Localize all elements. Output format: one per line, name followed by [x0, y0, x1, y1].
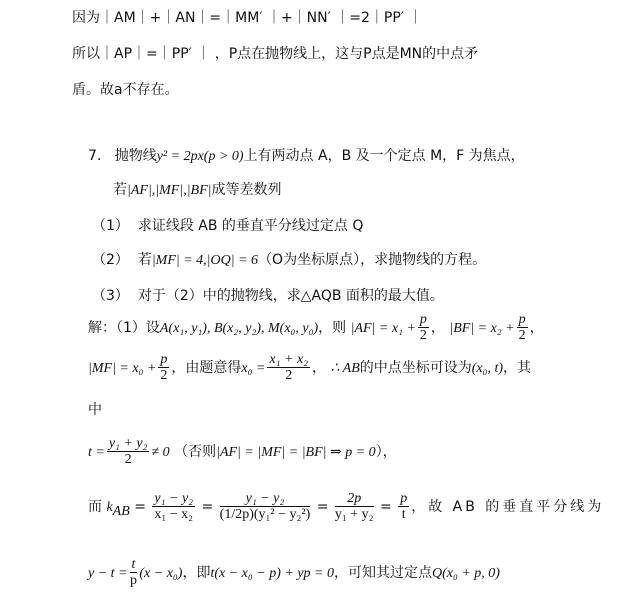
line-equation: t(x − x₀ − p) + yp = 0 [210, 566, 334, 581]
slope-sub: AB [113, 504, 130, 519]
sol-text: ， [312, 360, 326, 376]
question-3: （3） 对于（2）中的抛物线，求△AQB 面积的最大值。 [92, 286, 444, 306]
solution-line-4: t =y₁ + y₂2≠ 0 （否则|AF| = |MF| = |BF| ⇒ p… [88, 436, 397, 469]
bisector-rhs: (x − x₀) [139, 566, 182, 581]
slope-frac-4: pt [398, 492, 409, 522]
slope-frac-1: y₁ − y₂x₁ − x₂ [152, 492, 195, 522]
sol-text: ，故 AB 的垂直平分线为 [411, 499, 604, 515]
t-expr: t = [88, 445, 105, 460]
den: 2 [517, 328, 528, 343]
p-over-2: p2 [158, 353, 169, 383]
den: y₁ + y₂ [335, 507, 374, 522]
q3-text: 对于（2）中的抛物线，求△AQB 面积的最大值。 [138, 288, 444, 304]
den: t [398, 507, 409, 522]
text-line-1: 因为｜AM｜+｜AN｜=｜MM′ ｜+｜NN′ ｜=2｜PP′ ｜ [72, 8, 422, 28]
num: t [130, 558, 138, 573]
sol-text: ，由题意得 [171, 360, 241, 376]
q2-equation: |MF| = 4,|OQ| = 6 [152, 253, 258, 268]
q1-label: （1） [92, 218, 129, 234]
points-def: A(x₁, y₁), B(x₂, y₂), M(x₀, y₀) [160, 321, 318, 336]
cond-equation: |AF|,|MF|,|BF| [127, 183, 212, 198]
question-2: （2） 若|MF| = 4,|OQ| = 6（O为坐标原点），求抛物线的方程。 [92, 250, 486, 271]
x0-expr: x₀ = [241, 361, 265, 376]
therefore-ab: ∴ AB [330, 361, 359, 376]
solution-line-3: 中 [88, 400, 102, 420]
text-line-2: 所以｜AP｜=｜PP′ ｜ ，P点在抛物线上，这与P点是MN的中点矛 [72, 44, 478, 64]
slope-frac-3: 2py₁ + y₂ [335, 492, 374, 522]
den: (1/2p)(y₁² − y₂²) [220, 507, 311, 522]
num: y₁ + y₂ [107, 437, 150, 452]
p-over-2: p2 [517, 313, 528, 343]
sol-text: 解：（1）设 [88, 320, 160, 336]
fixed-point-q: Q(x₀ + p, 0) [432, 566, 500, 581]
sol-text: 而 [88, 499, 102, 515]
ne-zero: ≠ 0 [151, 445, 169, 460]
mf-expr: |MF| = x₀ + [88, 361, 156, 376]
sol-text: 的中点坐标可设为 [360, 360, 472, 376]
sol-text: ， [530, 320, 544, 336]
sol-text: ，其 [503, 360, 531, 376]
den: x₁ − x₂ [152, 507, 195, 522]
q3-label: （3） [92, 288, 129, 304]
den: 2 [158, 368, 169, 383]
af-expr: |AF| = x₁ + [351, 321, 416, 336]
solution-line-2: |MF| = x₀ +p2，由题意得x₀ =x₁ + x₂2， ∴ AB的中点坐… [88, 352, 531, 385]
sol-text: ，可知其过定点 [334, 565, 432, 581]
sol-text: （否则 [174, 444, 216, 460]
cond-text: 若 [113, 182, 127, 198]
num: 2p [335, 492, 374, 507]
stem-text-2: 上有两动点 A，B 及一个定点 M，F 为焦点， [244, 148, 525, 164]
q2-text-2: （O为坐标原点），求抛物线的方程。 [258, 252, 486, 268]
stem-text: 抛物线 [115, 148, 157, 164]
solution-line-5: 而 kAB = y₁ − y₂x₁ − x₂ = y₁ − y₂(1/2p)(y… [88, 487, 604, 532]
contradiction-eq: |AF| = |MF| = |BF| ⇒ p = 0 [216, 445, 376, 460]
solution-line-1: 解：（1）设A(x₁, y₁), B(x₂, y₂), M(x₀, y₀)，则 … [88, 312, 544, 345]
q2-label: （2） [92, 252, 129, 268]
den: p [130, 573, 138, 588]
slope-frac-2: y₁ − y₂(1/2p)(y₁² − y₂²) [220, 492, 311, 522]
bisector-lhs: y − t = [88, 566, 128, 581]
sol-text: ）， [376, 444, 397, 460]
t-over-p: tp [130, 558, 138, 588]
midpoint: (x₀, t) [472, 361, 503, 376]
q2-text: 若 [138, 252, 152, 268]
problem-number: 7. [88, 148, 101, 164]
p-over-2: p2 [418, 313, 429, 343]
num: x₁ + x₂ [267, 353, 310, 368]
problem-7-stem: 7. 抛物线y² = 2px(p > 0)上有两动点 A，B 及一个定点 M，F… [88, 146, 525, 167]
num: p [158, 353, 169, 368]
t-fraction: y₁ + y₂2 [107, 437, 150, 467]
den: 2 [418, 328, 429, 343]
den: 2 [107, 452, 150, 467]
sol-text: ，即 [182, 565, 210, 581]
parabola-equation: y² = 2px(p > 0) [157, 149, 244, 164]
q1-text: 求证线段 AB 的垂直平分线过定点 Q [138, 218, 364, 234]
question-1: （1） 求证线段 AB 的垂直平分线过定点 Q [92, 216, 363, 236]
cond-text-2: 成等差数列 [212, 182, 282, 198]
den: 2 [267, 368, 310, 383]
num: y₁ − y₂ [152, 492, 195, 507]
midpoint-fraction: x₁ + x₂2 [267, 353, 310, 383]
num: y₁ − y₂ [220, 492, 311, 507]
num: p [517, 313, 528, 328]
sol-text: ，则 [318, 320, 346, 336]
problem-7-condition: 若|AF|,|MF|,|BF|成等差数列 [113, 180, 282, 201]
text-line-3: 盾。故a不存在。 [72, 80, 179, 100]
num: p [398, 492, 409, 507]
solution-line-6: y − t =tp(x − x₀)，即t(x − x₀ − p) + yp = … [88, 557, 500, 590]
bf-expr: |BF| = x₂ + [449, 321, 514, 336]
num: p [418, 313, 429, 328]
sol-text: ， [431, 320, 445, 336]
